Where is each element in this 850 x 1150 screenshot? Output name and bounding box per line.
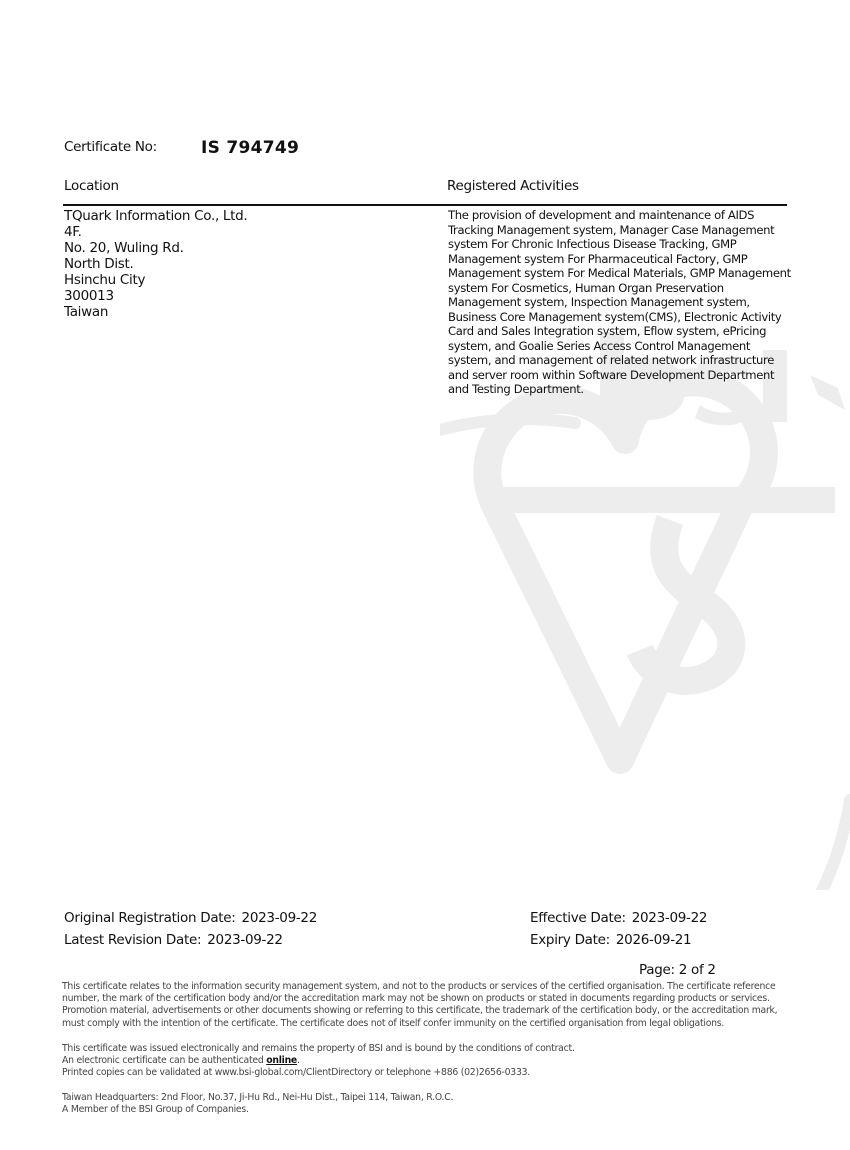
address-line: Taiwan — [64, 304, 247, 320]
header-divider — [63, 204, 787, 206]
date-value: 2023-09-22 — [207, 932, 282, 948]
activities-line: Management system For Medical Materials,… — [448, 266, 793, 281]
address-line: TQuark Information Co., Ltd. — [64, 208, 247, 224]
certificate-number-label: Certificate No: — [64, 139, 157, 155]
issued-text: An electronic certificate can be authent… — [62, 1055, 266, 1066]
disclaimer-line: number, the mark of the certification bo… — [62, 993, 802, 1005]
date-label: Effective Date: — [530, 910, 626, 926]
issued-text: . — [297, 1055, 300, 1066]
certificate-number: IS 794749 — [201, 138, 299, 158]
address-line: No. 20, Wuling Rd. — [64, 240, 247, 256]
address-line: Hsinchu City — [64, 272, 247, 288]
activities-line: and server room within Software Developm… — [448, 368, 793, 383]
effective-date: Effective Date:2023-09-22 — [530, 907, 707, 929]
issued-line: An electronic certificate can be authent… — [62, 1055, 802, 1067]
disclaimer-line: Promotion material, advertisements or ot… — [62, 1005, 802, 1017]
disclaimer-line: must comply with the intention of the ce… — [62, 1018, 802, 1030]
activities-line: system For Cosmetics, Human Organ Preser… — [448, 281, 793, 296]
original-registration-date: Original Registration Date:2023-09-22 — [64, 907, 317, 929]
headquarters-info: Taiwan Headquarters: 2nd Floor, No.37, J… — [62, 1092, 802, 1116]
address-line: North Dist. — [64, 256, 247, 272]
activities-line: Card and Sales Integration system, Eflow… — [448, 324, 793, 339]
latest-revision-date: Latest Revision Date:2023-09-22 — [64, 929, 317, 951]
date-label: Original Registration Date: — [64, 910, 236, 926]
issuance-notice: This certificate was issued electronical… — [62, 1043, 802, 1080]
bsi-watermark-logo-icon — [440, 330, 850, 890]
registered-activities-text: The provision of development and mainten… — [448, 208, 793, 397]
certificate-disclaimer: This certificate relates to the informat… — [62, 981, 802, 1030]
date-value: 2023-09-22 — [632, 910, 707, 926]
issued-line: This certificate was issued electronical… — [62, 1043, 802, 1055]
activities-line: The provision of development and mainten… — [448, 208, 793, 223]
registered-activities-column-header: Registered Activities — [447, 178, 579, 194]
activities-line: Management system For Pharmaceutical Fac… — [448, 252, 793, 267]
issued-line: Printed copies can be validated at www.b… — [62, 1067, 802, 1079]
activities-line: Management system, Inspection Management… — [448, 295, 793, 310]
activities-line: Business Core Management system(CMS), El… — [448, 310, 793, 325]
date-label: Latest Revision Date: — [64, 932, 201, 948]
activities-line: Tracking Management system, Manager Case… — [448, 223, 793, 238]
activities-line: and Testing Department. — [448, 382, 793, 397]
disclaimer-line: This certificate relates to the informat… — [62, 981, 802, 993]
address-line: 300013 — [64, 288, 247, 304]
page-number: Page: 2 of 2 — [639, 962, 716, 978]
date-value: 2023-09-22 — [242, 910, 317, 926]
online-authentication-link[interactable]: online — [266, 1055, 297, 1066]
activities-line: system For Chronic Infectious Disease Tr… — [448, 237, 793, 252]
group-membership: A Member of the BSI Group of Companies. — [62, 1104, 802, 1116]
location-column-header: Location — [64, 178, 119, 194]
expiry-date: Expiry Date:2026-09-21 — [530, 929, 707, 951]
location-address: TQuark Information Co., Ltd. 4F. No. 20,… — [64, 208, 247, 320]
hq-address: Taiwan Headquarters: 2nd Floor, No.37, J… — [62, 1092, 802, 1104]
date-value: 2026-09-21 — [616, 932, 691, 948]
activities-line: system, and Goalie Series Access Control… — [448, 339, 793, 354]
activities-line: system, and management of related networ… — [448, 353, 793, 368]
validity-dates: Effective Date:2023-09-22 Expiry Date:20… — [530, 907, 707, 951]
registration-dates: Original Registration Date:2023-09-22 La… — [64, 907, 317, 951]
date-label: Expiry Date: — [530, 932, 610, 948]
address-line: 4F. — [64, 224, 247, 240]
